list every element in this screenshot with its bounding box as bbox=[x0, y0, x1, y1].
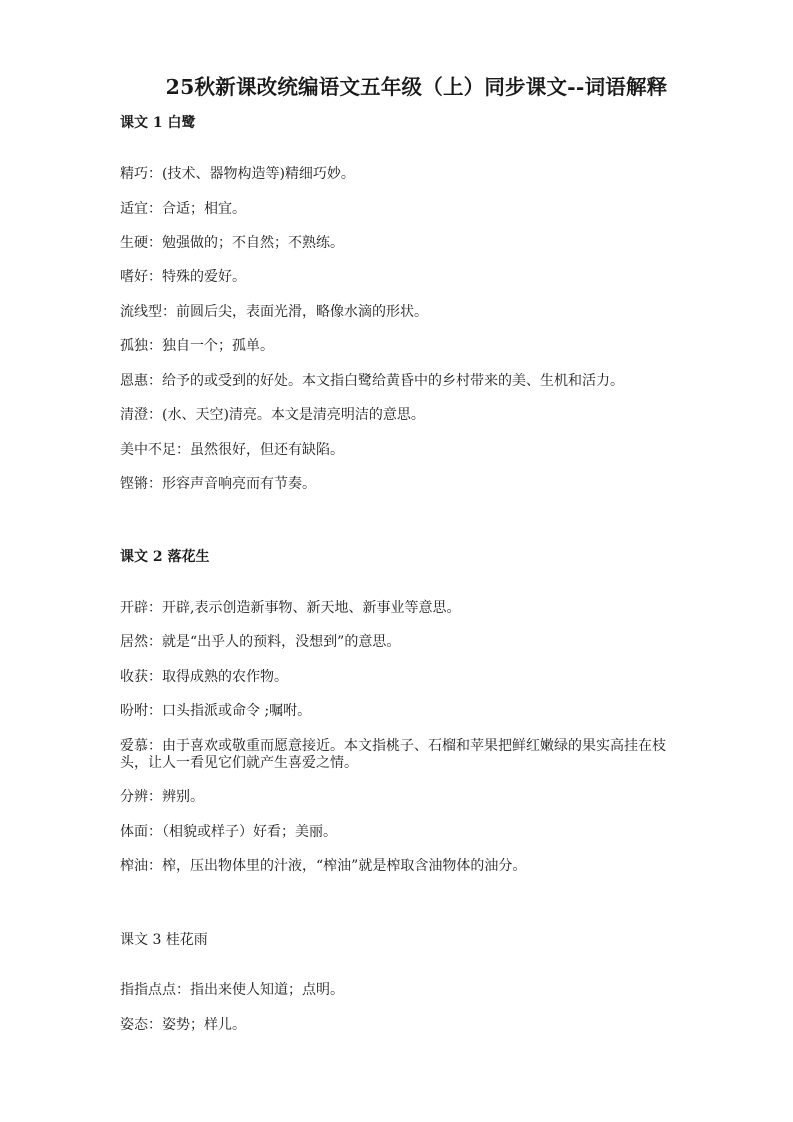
lesson-1-entry: 嗜好：特殊的爱好。 bbox=[120, 269, 680, 286]
document-page: 25秋新课改统编语文五年级（上）同步课文--词语解释 课文 1 白鹭 精巧：(技… bbox=[0, 0, 793, 1122]
lesson-1-entry: 清澄：(水、天空)清亮。本文是清亮明洁的意思。 bbox=[120, 407, 680, 424]
lesson-1-entry: 生硬：勉强做的；不自然；不熟练。 bbox=[120, 235, 680, 252]
lesson-3-heading: 课文 3 桂花雨 bbox=[120, 929, 208, 949]
lesson-2-entry: 吩咐：口头指派或命令 ;嘱咐。 bbox=[120, 703, 680, 720]
lesson-1-entry: 美中不足：虽然很好，但还有缺陷。 bbox=[120, 442, 680, 459]
lesson-2-entry: 分辨：辨别。 bbox=[120, 789, 680, 806]
lesson-2-entry: 爱慕：由于喜欢或敬重而愿意接近。本文指桃子、石榴和苹果把鲜红嫩绿的果实高挂在枝头… bbox=[120, 738, 680, 772]
lesson-2-entry: 居然：就是“出乎人的预料，没想到”的意思。 bbox=[120, 634, 680, 651]
lesson-1-entry: 精巧：(技术、器物构造等)精细巧妙。 bbox=[120, 166, 680, 183]
document-title: 25秋新课改统编语文五年级（上）同步课文--词语解释 bbox=[0, 70, 793, 100]
lesson-1-entry: 适宜：合适；相宜。 bbox=[120, 201, 680, 218]
lesson-1-heading: 课文 1 白鹭 bbox=[120, 112, 196, 132]
lesson-1-entry: 铿锵：形容声音响亮而有节奏。 bbox=[120, 476, 680, 493]
lesson-3-entry: 指指点点：指出来使人知道；点明。 bbox=[120, 982, 680, 999]
lesson-2-entry: 榨油：榨，压出物体里的汁液，“榨油”就是榨取含油物体的油分。 bbox=[120, 858, 680, 875]
lesson-1-entry: 恩惠：给予的或受到的好处。本文指白鹭给黄昏中的乡村带来的美、生机和活力。 bbox=[120, 373, 680, 390]
lesson-1-entry: 孤独：独自一个；孤单。 bbox=[120, 338, 680, 355]
lesson-2-entry: 开辟：开辟,表示创造新事物、新天地、新事业等意思。 bbox=[120, 600, 680, 617]
lesson-3-entry: 姿态：姿势；样儿。 bbox=[120, 1017, 680, 1034]
lesson-2-entry: 体面：（相貌或样子）好看；美丽。 bbox=[120, 824, 680, 841]
lesson-1-entry: 流线型：前圆后尖，表面光滑，略像水滴的形状。 bbox=[120, 304, 680, 321]
lesson-2-heading: 课文 2 落花生 bbox=[120, 546, 210, 566]
lesson-2-entry: 收获：取得成熟的农作物。 bbox=[120, 669, 680, 686]
